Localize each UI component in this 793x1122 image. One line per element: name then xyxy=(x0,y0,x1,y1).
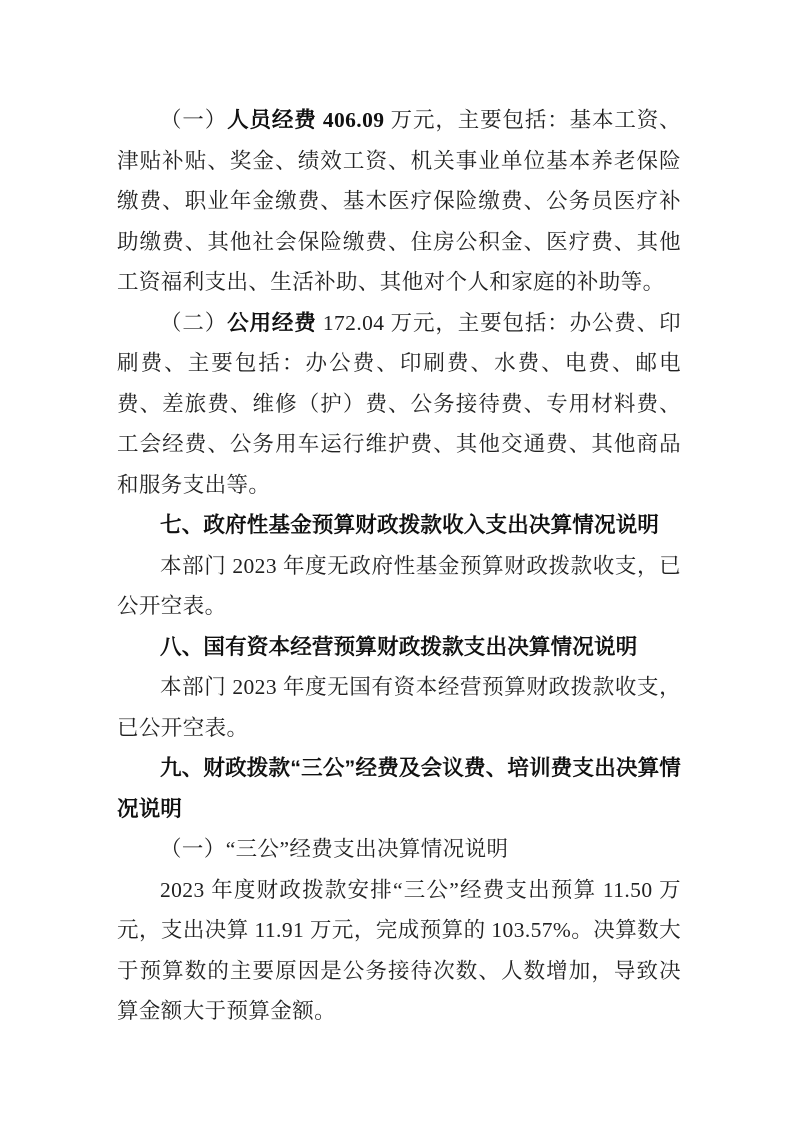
para-section-8-note: 本部门 2023 年度无国有资本经营预算财政拨款收支，已公开空表。 xyxy=(117,667,681,748)
heading-section-7-text: 七、政府性基金预算财政拨款收入支出决算情况说明 xyxy=(160,513,659,537)
subheading-three-public-funds-text: （一）“三公”经费支出决算情况说明 xyxy=(160,837,508,861)
subheading-three-public-funds: （一）“三公”经费支出决算情况说明 xyxy=(117,829,681,870)
para-personnel-expense-text: 人员经费 406.09 xyxy=(227,108,384,132)
para-personnel-expense: （一）人员经费 406.09 万元，主要包括：基本工资、津贴补贴、奖金、绩效工资… xyxy=(117,100,681,303)
para-section-7-note: 本部门 2023 年度无政府性基金预算财政拨款收支，已公开空表。 xyxy=(117,546,681,627)
heading-section-8-text: 八、国有资本经营预算财政拨款支出决算情况说明 xyxy=(160,635,637,659)
para-section-7-note-text: 本部门 2023 年度无政府性基金预算财政拨款收支，已公开空表。 xyxy=(117,554,681,619)
para-public-expense-text: （二） xyxy=(160,311,227,335)
document-body: （一）人员经费 406.09 万元，主要包括：基本工资、津贴补贴、奖金、绩效工资… xyxy=(117,100,681,1032)
heading-section-7: 七、政府性基金预算财政拨款收入支出决算情况说明 xyxy=(117,505,681,546)
para-personnel-expense-text: 万元，主要包括：基本工资、津贴补贴、奖金、绩效工资、机关事业单位基本养老保险缴费… xyxy=(117,108,681,294)
para-section-8-note-text: 本部门 2023 年度无国有资本经营预算财政拨款收支，已公开空表。 xyxy=(117,675,681,740)
para-personnel-expense-text: （一） xyxy=(160,108,227,132)
para-three-public-detail: 2023 年度财政拨款安排“三公”经费支出预算 11.50 万元，支出决算 11… xyxy=(117,870,681,1032)
document-page: （一）人员经费 406.09 万元，主要包括：基本工资、津贴补贴、奖金、绩效工资… xyxy=(0,0,793,1122)
heading-section-9: 九、财政拨款“三公”经费及会议费、培训费支出决算情况说明 xyxy=(117,748,681,829)
heading-section-9-text: 九、财政拨款“三公”经费及会议费、培训费支出决算情况说明 xyxy=(117,756,681,821)
para-public-expense-text: 公用经费 xyxy=(227,311,317,335)
para-public-expense-text: 172.04 万元，主要包括：办公费、印刷费、主要包括：办公费、印刷费、水费、电… xyxy=(117,311,681,497)
para-public-expense: （二）公用经费 172.04 万元，主要包括：办公费、印刷费、主要包括：办公费、… xyxy=(117,303,681,506)
heading-section-8: 八、国有资本经营预算财政拨款支出决算情况说明 xyxy=(117,627,681,668)
para-three-public-detail-text: 2023 年度财政拨款安排“三公”经费支出预算 11.50 万元，支出决算 11… xyxy=(117,878,681,1024)
